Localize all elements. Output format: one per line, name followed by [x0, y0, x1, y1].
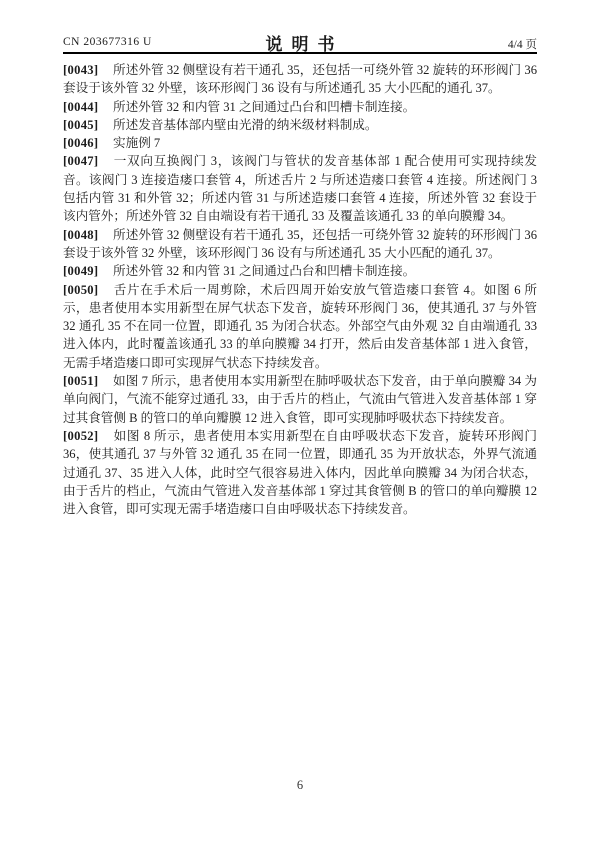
paragraph-number: [0045]	[63, 116, 113, 134]
paragraph: [0052]如图 8 所示，患者使用本实用新型在自由呼吸状态下发音，旋转环形阀门…	[63, 427, 537, 518]
paragraph: [0045]所述发音基体部内壁由光滑的纳米级材料制成。	[63, 116, 537, 134]
paragraph-number: [0044]	[63, 98, 113, 116]
paragraph: [0046]实施例 7	[63, 134, 537, 152]
paragraph: [0047]一双向互换阀门 3，该阀门与管状的发音基体部 1 配合使用可实现持续…	[63, 152, 537, 225]
paragraph: [0050]舌片在手术后一周剪除，术后四周开始安放气管造瘘口套管 4。如图 6 …	[63, 281, 537, 372]
page-indicator: 4/4 页	[508, 36, 537, 52]
paragraph-number: [0052]	[63, 427, 113, 445]
paragraph-number: [0050]	[63, 281, 113, 299]
paragraph-text: 所述外管 32 和内管 31 之间通过凸台和凹槽卡制连接。	[113, 264, 415, 278]
paragraph-text: 所述外管 32 侧壁设有若干通孔 35，还包括一可绕外管 32 旋转的环形阀门 …	[63, 63, 537, 95]
paragraph-number: [0043]	[63, 61, 113, 79]
paragraph-text: 一双向互换阀门 3，该阀门与管状的发音基体部 1 配合使用可实现持续发音。该阀门…	[63, 154, 537, 223]
header-divider	[63, 52, 537, 54]
paragraph: [0044]所述外管 32 和内管 31 之间通过凸台和凹槽卡制连接。	[63, 98, 537, 116]
paragraph-text: 舌片在手术后一周剪除，术后四周开始安放气管造瘘口套管 4。如图 6 所示，患者使…	[63, 283, 537, 370]
paragraph: [0048]所述外管 32 侧壁设有若干通孔 35，还包括一可绕外管 32 旋转…	[63, 226, 537, 263]
paragraph-number: [0047]	[63, 152, 113, 170]
paragraph-text: 所述发音基体部内壁由光滑的纳米级材料制成。	[113, 118, 377, 132]
paragraph: [0051]如图 7 所示，患者使用本实用新型在肺呼吸状态下发音，由于单向膜瓣 …	[63, 372, 537, 427]
sheet-number: 6	[0, 778, 600, 793]
page-header: CN 203677316 U 说明书 4/4 页	[63, 30, 537, 52]
paragraph-text: 所述外管 32 侧壁设有若干通孔 35，还包括一可绕外管 32 旋转的环形阀门 …	[63, 228, 537, 260]
paragraph-text: 如图 7 所示，患者使用本实用新型在肺呼吸状态下发音，由于单向膜瓣 34 为单向…	[63, 374, 537, 425]
paragraph: [0043]所述外管 32 侧壁设有若干通孔 35，还包括一可绕外管 32 旋转…	[63, 61, 537, 98]
paragraph-number: [0048]	[63, 226, 113, 244]
paragraph-number: [0046]	[63, 134, 113, 152]
paragraph-number: [0049]	[63, 262, 113, 280]
paragraph-number: [0051]	[63, 372, 113, 390]
specification-body: [0043]所述外管 32 侧壁设有若干通孔 35，还包括一可绕外管 32 旋转…	[63, 61, 537, 518]
patent-specification-page: CN 203677316 U 说明书 4/4 页 [0043]所述外管 32 侧…	[0, 0, 600, 849]
paragraph: [0049]所述外管 32 和内管 31 之间通过凸台和凹槽卡制连接。	[63, 262, 537, 280]
paragraph-text: 所述外管 32 和内管 31 之间通过凸台和凹槽卡制连接。	[113, 100, 415, 114]
paragraph-text: 如图 8 所示，患者使用本实用新型在自由呼吸状态下发音，旋转环形阀门 36，使其…	[63, 429, 537, 516]
paragraph-text: 实施例 7	[113, 136, 160, 150]
